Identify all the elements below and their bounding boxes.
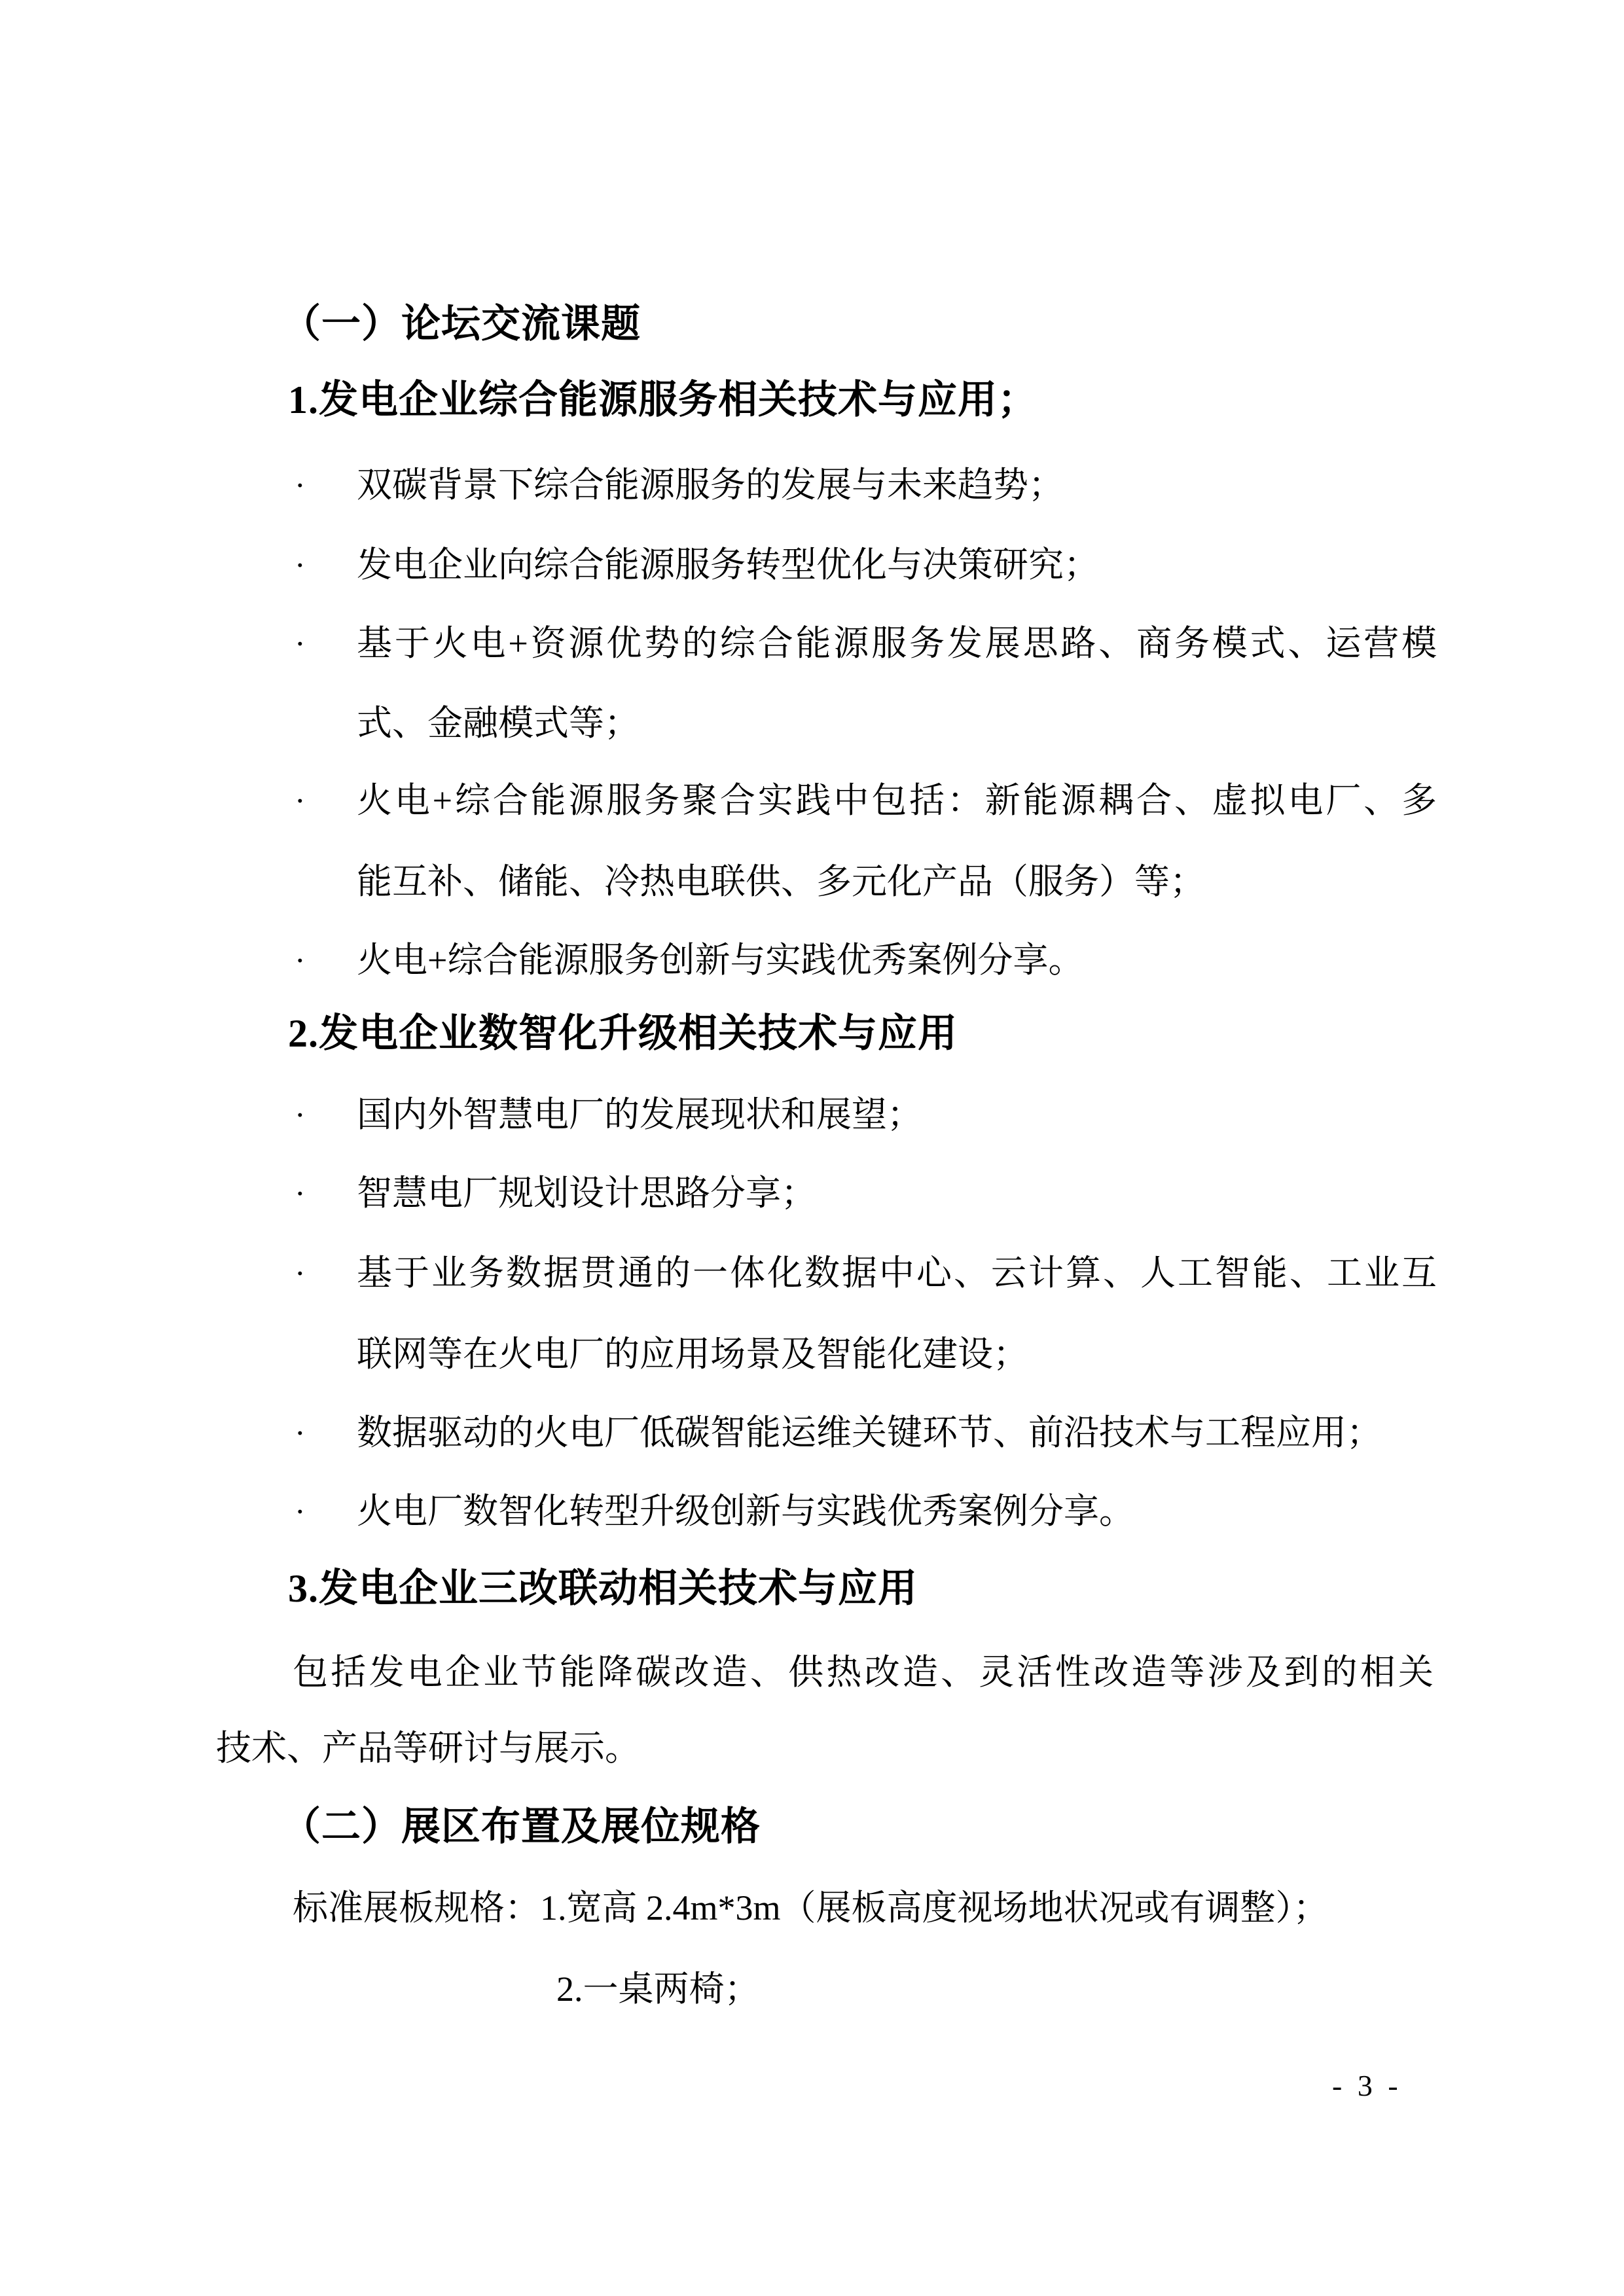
bullet-item: ·双碳背景下综合能源服务的发展与未来趋势； xyxy=(295,465,1064,505)
bullet-text: 智慧电厂规划设计思路分享； xyxy=(357,1173,816,1213)
bullet-dot-icon: · xyxy=(295,1253,357,1293)
bullet-dot-icon: · xyxy=(295,465,357,505)
bullet-text: 火电厂数智化转型升级创新与实践优秀案例分享。 xyxy=(357,1491,1134,1532)
bullet-text: 火电+综合能源服务聚合实践中包括：新能源耦合、虚拟电厂、多 xyxy=(357,780,1437,821)
bullet-text: 火电+综合能源服务创新与实践优秀案例分享。 xyxy=(357,940,1083,980)
topic-heading-2: 2.发电企业数智化升级相关技术与应用 xyxy=(288,1013,958,1054)
bullet-item: ·基于火电+资源优势的综合能源服务发展思路、商务模式、运营模 xyxy=(295,623,1437,664)
bullet-text: 双碳背景下综合能源服务的发展与未来趋势； xyxy=(357,465,1064,505)
bullet-continuation: 联网等在火电厂的应用场景及智能化建设； xyxy=(357,1334,1028,1374)
bullet-dot-icon: · xyxy=(295,545,357,585)
bullet-item: ·发电企业向综合能源服务转型优化与决策研究； xyxy=(295,545,1099,585)
paragraph-line: 2.一桌两椅； xyxy=(556,1969,760,2009)
bullet-dot-icon: · xyxy=(295,623,357,664)
bullet-item: ·基于业务数据贯通的一体化数据中心、云计算、人工智能、工业互 xyxy=(295,1253,1437,1293)
bullet-dot-icon: · xyxy=(295,1412,357,1453)
bullet-dot-icon: · xyxy=(295,940,357,980)
bullet-item: ·国内外智慧电厂的发展现状和展望； xyxy=(295,1094,922,1135)
bullet-text: 基于火电+资源优势的综合能源服务发展思路、商务模式、运营模 xyxy=(357,623,1437,664)
bullet-dot-icon: · xyxy=(295,1173,357,1213)
bullet-item: ·数据驱动的火电厂低碳智能运维关键环节、前沿技术与工程应用； xyxy=(295,1412,1382,1453)
topic-heading-3: 3.发电企业三改联动相关技术与应用 xyxy=(288,1568,918,1609)
bullet-item: ·智慧电厂规划设计思路分享； xyxy=(295,1173,816,1213)
document-page: （一）论坛交流课题 1.发电企业综合能源服务相关技术与应用； ·双碳背景下综合能… xyxy=(0,0,1624,2296)
page-number: - 3 - xyxy=(1332,2068,1402,2103)
bullet-dot-icon: · xyxy=(295,780,357,821)
bullet-text: 数据驱动的火电厂低碳智能运维关键环节、前沿技术与工程应用； xyxy=(357,1412,1382,1453)
bullet-dot-icon: · xyxy=(295,1491,357,1532)
bullet-item: ·火电+综合能源服务创新与实践优秀案例分享。 xyxy=(295,940,1083,980)
topic-heading-1: 1.发电企业综合能源服务相关技术与应用； xyxy=(288,380,1038,420)
bullet-dot-icon: · xyxy=(295,1094,357,1135)
paragraph-line: 技术、产品等研讨与展示。 xyxy=(216,1728,640,1768)
paragraph-line: 包括发电企业节能降碳改造、供热改造、灵活性改造等涉及到的相关 xyxy=(293,1652,1434,1693)
section-heading-1: （一）论坛交流课题 xyxy=(281,304,641,344)
bullet-continuation: 能互补、储能、冷热电联供、多元化产品（服务）等； xyxy=(357,861,1205,902)
bullet-text: 发电企业向综合能源服务转型优化与决策研究； xyxy=(357,545,1099,585)
paragraph-line: 标准展板规格：1.宽高 2.4m*3m（展板高度视场地状况或有调整）； xyxy=(293,1888,1329,1928)
bullet-continuation: 式、金融模式等； xyxy=(357,703,640,744)
bullet-item: ·火电+综合能源服务聚合实践中包括：新能源耦合、虚拟电厂、多 xyxy=(295,780,1437,821)
bullet-item: ·火电厂数智化转型升级创新与实践优秀案例分享。 xyxy=(295,1491,1134,1532)
bullet-text: 国内外智慧电厂的发展现状和展望； xyxy=(357,1094,922,1135)
bullet-text: 基于业务数据贯通的一体化数据中心、云计算、人工智能、工业互 xyxy=(357,1253,1437,1293)
section-heading-2: （二）展区布置及展位规格 xyxy=(281,1806,761,1847)
